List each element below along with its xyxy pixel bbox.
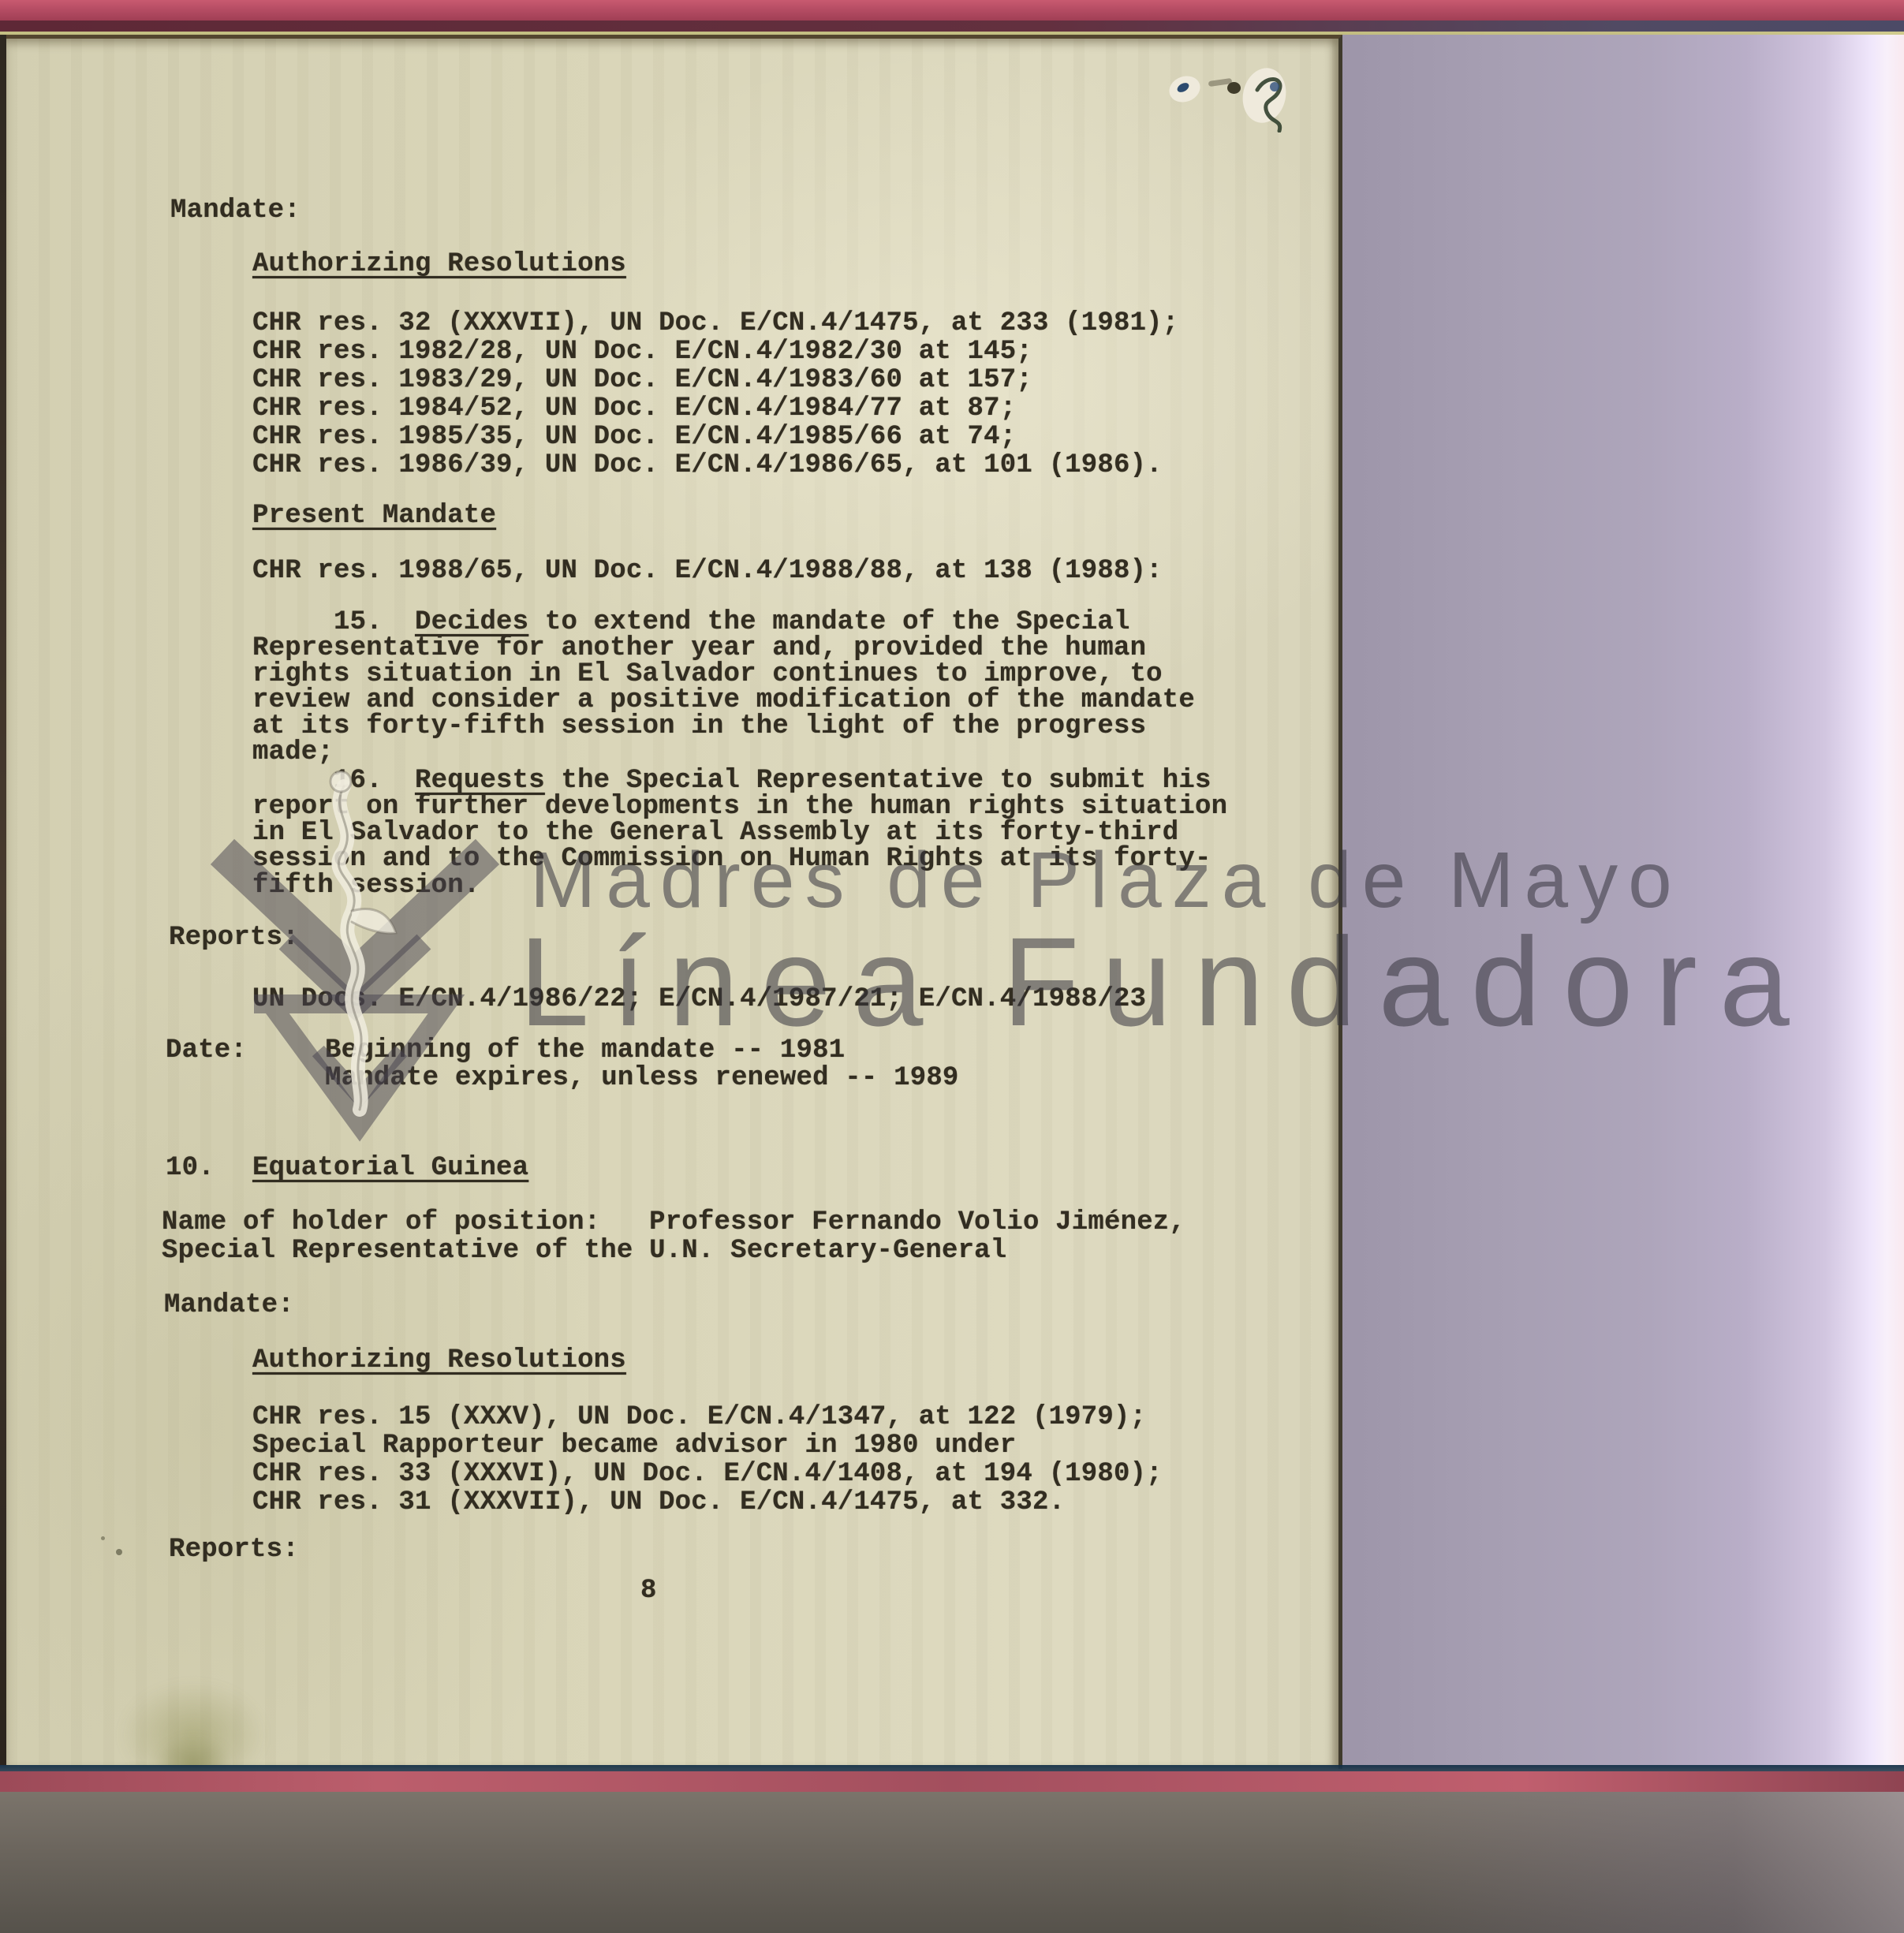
paragraph-15-line: review and consider a positive modificat… xyxy=(252,687,1195,714)
present-mandate-heading: Present Mandate xyxy=(252,502,496,529)
resolution-line: CHR res. 33 (XXXVI), UN Doc. E/CN.4/1408… xyxy=(252,1461,1163,1487)
handwritten-ink-mark xyxy=(1245,69,1292,132)
watermark-line-2: Línea Fundadora xyxy=(519,919,1812,1045)
resolution-line: CHR res. 1983/29, UN Doc. E/CN.4/1983/60… xyxy=(252,367,1032,394)
authorizing-resolutions-heading: Authorizing Resolutions xyxy=(252,251,626,278)
watermark-line-1: Madres de Plaza de Mayo xyxy=(530,841,1682,920)
ink-dot xyxy=(1227,82,1241,94)
resolution-line: Special Rapporteur became advisor in 198… xyxy=(252,1432,1016,1459)
section-number: 10. xyxy=(166,1155,215,1181)
holder-name-line: Special Representative of the U.N. Secre… xyxy=(162,1237,1006,1264)
paper-speck xyxy=(101,1536,105,1540)
present-resolution-line: CHR res. 1988/65, UN Doc. E/CN.4/1988/88… xyxy=(252,558,1163,584)
reports-label: Reports: xyxy=(169,1536,299,1563)
resolution-line: CHR res. 1986/39, UN Doc. E/CN.4/1986/65… xyxy=(252,452,1163,479)
section-heading-equatorial-guinea: Equatorial Guinea xyxy=(252,1155,528,1181)
paper-speck xyxy=(552,379,557,383)
bottom-red-band xyxy=(0,1771,1904,1792)
resolution-line: CHR res. 1984/52, UN Doc. E/CN.4/1984/77… xyxy=(252,395,1016,422)
resolution-line: CHR res. 1985/35, UN Doc. E/CN.4/1985/66… xyxy=(252,424,1016,450)
mandate-label: Mandate: xyxy=(170,197,301,224)
resolution-line: CHR res. 32 (XXXVII), UN Doc. E/CN.4/147… xyxy=(252,310,1178,337)
paragraph-15-line: rights situation in El Salvador continue… xyxy=(252,661,1163,688)
top-red-band xyxy=(0,0,1904,21)
madres-scarf-logo-watermark xyxy=(197,753,513,1147)
resolution-line: CHR res. 1982/28, UN Doc. E/CN.4/1982/30… xyxy=(252,338,1032,365)
left-edge-shadow xyxy=(0,35,6,1765)
resolution-line: CHR res. 15 (XXXV), UN Doc. E/CN.4/1347,… xyxy=(252,1404,1146,1431)
resolution-line: CHR res. 31 (XXXVII), UN Doc. E/CN.4/147… xyxy=(252,1489,1065,1516)
scanned-document-screenshot: Mandate: Authorizing Resolutions CHR res… xyxy=(0,0,1904,1933)
paragraph-15-first-line: 15. Decides to extend the mandate of the… xyxy=(334,609,1130,636)
paragraph-15-line: Representative for another year and, pro… xyxy=(252,635,1146,662)
paper-speck xyxy=(116,1549,122,1555)
mandate-label: Mandate: xyxy=(164,1292,294,1319)
top-dark-band xyxy=(0,21,1904,32)
page-number: 8 xyxy=(640,1577,657,1604)
page-bottom-edge-line xyxy=(0,1765,1904,1771)
authorizing-resolutions-heading: Authorizing Resolutions xyxy=(252,1347,626,1374)
bottom-band-purple-tint xyxy=(1338,1792,1904,1933)
paragraph-15-line: at its forty-fifth session in the light … xyxy=(252,713,1146,740)
holder-name-line: Name of holder of position: Professor Fe… xyxy=(162,1209,1185,1236)
